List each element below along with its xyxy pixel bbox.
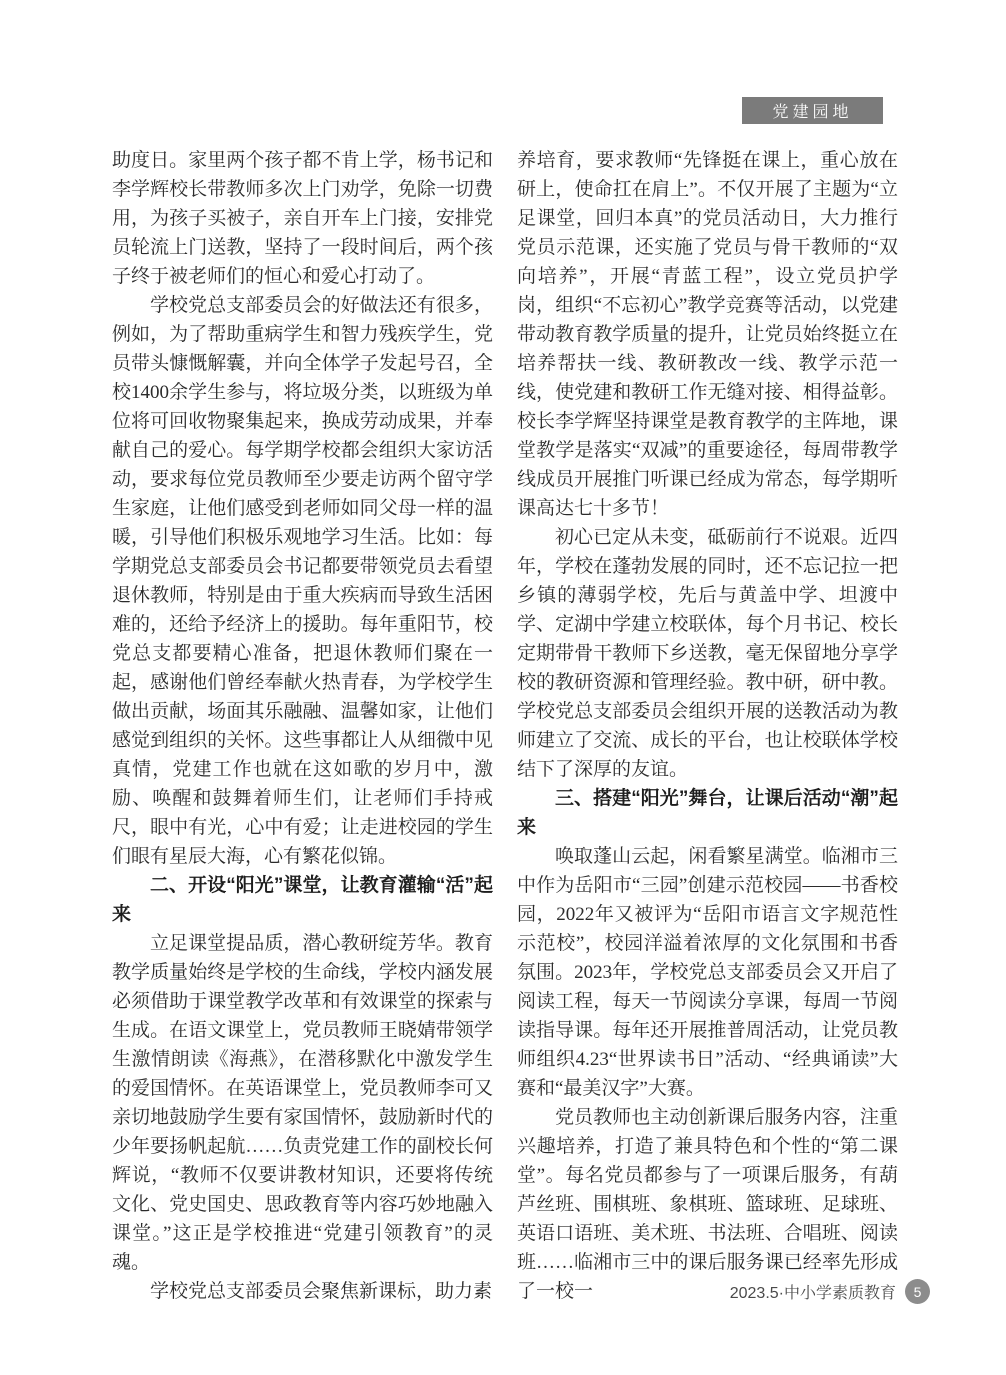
paragraph: 初心已定从未变，砥砺前行不说艰。近四年，学校在蓬勃发展的同时，还不忘记拉一把乡镇…	[517, 523, 898, 784]
paragraph: 养培育，要求教师“先锋挺在课上，重心放在研上，使命扛在肩上”。不仅开展了主题为“…	[517, 146, 898, 523]
paragraph: 唤取蓬山云起，闲看繁星满堂。临湘市三中作为岳阳市“三园”创建示范校园——书香校园…	[517, 842, 898, 1103]
paragraph: 助度日。家里两个孩子都不肯上学，杨书记和李学辉校长带教师多次上门劝学，免除一切费…	[112, 146, 493, 291]
paragraph: 立足课堂提品质，潜心教研绽芳华。教育教学质量始终是学校的生命线，学校内涵发展必须…	[112, 929, 493, 1277]
magazine-page: 党建园地 助度日。家里两个孩子都不肯上学，杨书记和李学辉校长带教师多次上门劝学，…	[0, 0, 1006, 1375]
page-number-badge: 5	[905, 1279, 930, 1304]
article-columns: 助度日。家里两个孩子都不肯上学，杨书记和李学辉校长带教师多次上门劝学，免除一切费…	[112, 146, 899, 1306]
left-column: 助度日。家里两个孩子都不肯上学，杨书记和李学辉校长带教师多次上门劝学，免除一切费…	[112, 146, 493, 1306]
section-heading: 三、搭建“阳光”舞台，让课后活动“潮”起来	[517, 784, 898, 842]
right-column: 养培育，要求教师“先锋挺在课上，重心放在研上，使命扛在肩上”。不仅开展了主题为“…	[517, 146, 898, 1306]
journal-issue: 2023.5·中小学素质教育	[730, 1280, 896, 1303]
paragraph: 党员教师也主动创新课后服务内容，注重兴趣培养，打造了兼具特色和个性的“第二课堂”…	[517, 1103, 898, 1306]
page-footer: 2023.5·中小学素质教育 5	[730, 1279, 930, 1304]
paragraph: 学校党总支部委员会聚焦新课标，助力素	[112, 1277, 493, 1306]
section-badge: 党建园地	[742, 97, 883, 124]
section-heading: 二、开设“阳光”课堂，让教育灌输“活”起来	[112, 871, 493, 929]
paragraph: 学校党总支部委员会的好做法还有很多，例如，为了帮助重病学生和智力残疾学生，党员带…	[112, 291, 493, 871]
